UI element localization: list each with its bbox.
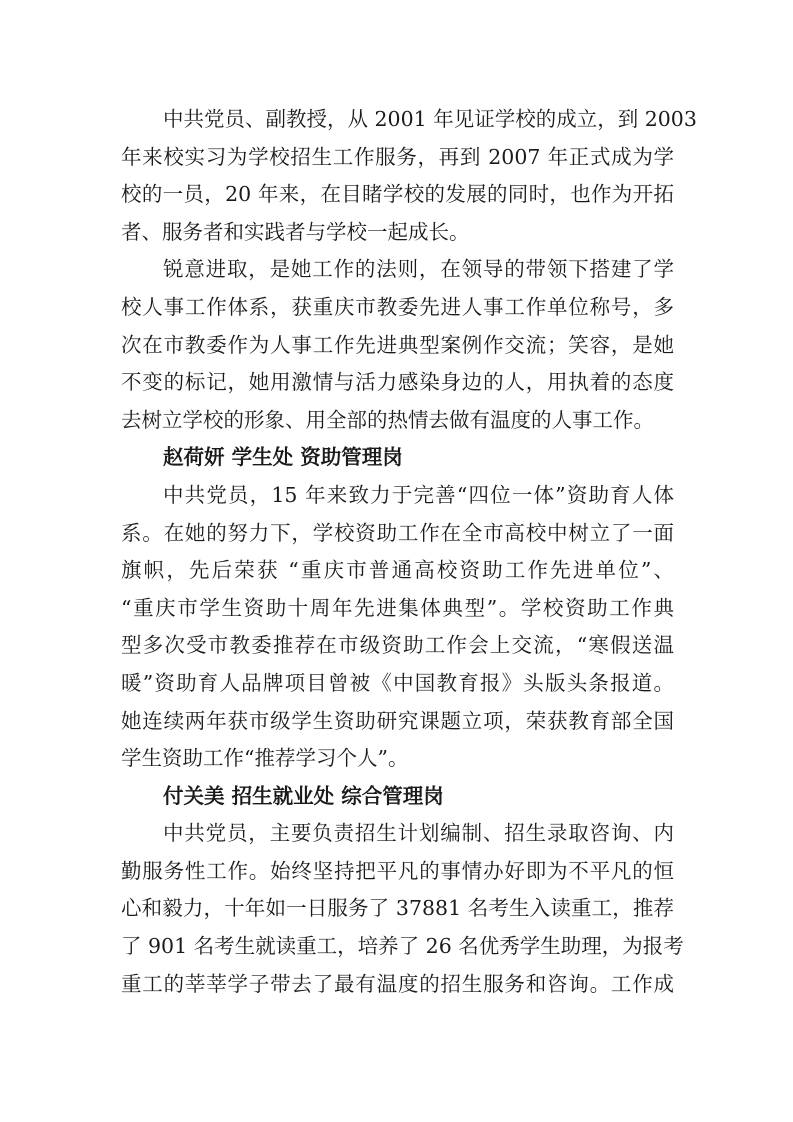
paragraph-values: 锐意进取，是她工作的法则，在领导的带领下搭建了学 校人事工作体系，获重庆市教委先…	[121, 251, 674, 439]
document-page: 中共党员、副教授，从 2001 年见证学校的成立，到 2003 年来校实习为学校…	[121, 101, 674, 1003]
text-line: 校人事工作体系，获重庆市教委先进人事工作单位称号，多	[121, 289, 674, 327]
text-line: 心和毅力，十年如一日服务了 37881 名考生入读重工，推荐	[121, 890, 674, 928]
paragraph-zhao: 中共党员，15 年来致力于完善“四位一体”资助育人体 系。在她的努力下，学校资助…	[121, 477, 674, 778]
text-line: 系。在她的努力下，学校资助工作在全市高校中树立了一面	[121, 515, 674, 553]
paragraph-fu: 中共党员，主要负责招生计划编制、招生录取咨询、内 勤服务性工作。始终坚持把平凡的…	[121, 815, 674, 1003]
section-heading-zhao: 赵荷妍 学生处 资助管理岗	[121, 439, 674, 477]
text-line: “重庆市学生资助十周年先进集体典型”。学校资助工作典	[121, 590, 674, 628]
text-line: 中共党员，主要负责招生计划编制、招生录取咨询、内	[121, 815, 674, 853]
text-line: 学生资助工作“推荐学习个人”。	[121, 740, 674, 778]
text-line: 中共党员、副教授，从 2001 年见证学校的成立，到 2003	[121, 101, 674, 139]
text-line: 她连续两年获市级学生资助研究课题立项，荣获教育部全国	[121, 703, 674, 741]
text-line: 重工的莘莘学子带去了最有温度的招生服务和咨询。工作成	[121, 966, 674, 1004]
text-line: 校的一员，20 年来，在目睹学校的发展的同时，也作为开拓	[121, 176, 674, 214]
text-line: 不变的标记，她用激情与活力感染身边的人，用执着的态度	[121, 364, 674, 402]
text-line: 旗帜，先后荣获 “重庆市普通高校资助工作先进单位”、	[121, 552, 674, 590]
text-line: 暖”资助育人品牌项目曾被《中国教育报》头版头条报道。	[121, 665, 674, 703]
text-line: 年来校实习为学校招生工作服务，再到 2007 年正式成为学	[121, 139, 674, 177]
text-line: 次在市教委作为人事工作先进典型案例作交流；笑容，是她	[121, 327, 674, 365]
text-line: 去树立学校的形象、用全部的热情去做有温度的人事工作。	[121, 402, 674, 440]
text-line: 型多次受市教委推荐在市级资助工作会上交流，“寒假送温	[121, 627, 674, 665]
text-line: 勤服务性工作。始终坚持把平凡的事情办好即为不平凡的恒	[121, 853, 674, 891]
section-heading-fu: 付关美 招生就业处 综合管理岗	[121, 778, 674, 816]
text-line: 者、服务者和实践者与学校一起成长。	[121, 214, 674, 252]
text-line: 了 901 名考生就读重工，培养了 26 名优秀学生助理，为报考	[121, 928, 674, 966]
paragraph-intro: 中共党员、副教授，从 2001 年见证学校的成立，到 2003 年来校实习为学校…	[121, 101, 674, 251]
text-line: 锐意进取，是她工作的法则，在领导的带领下搭建了学	[121, 251, 674, 289]
text-line: 中共党员，15 年来致力于完善“四位一体”资助育人体	[121, 477, 674, 515]
